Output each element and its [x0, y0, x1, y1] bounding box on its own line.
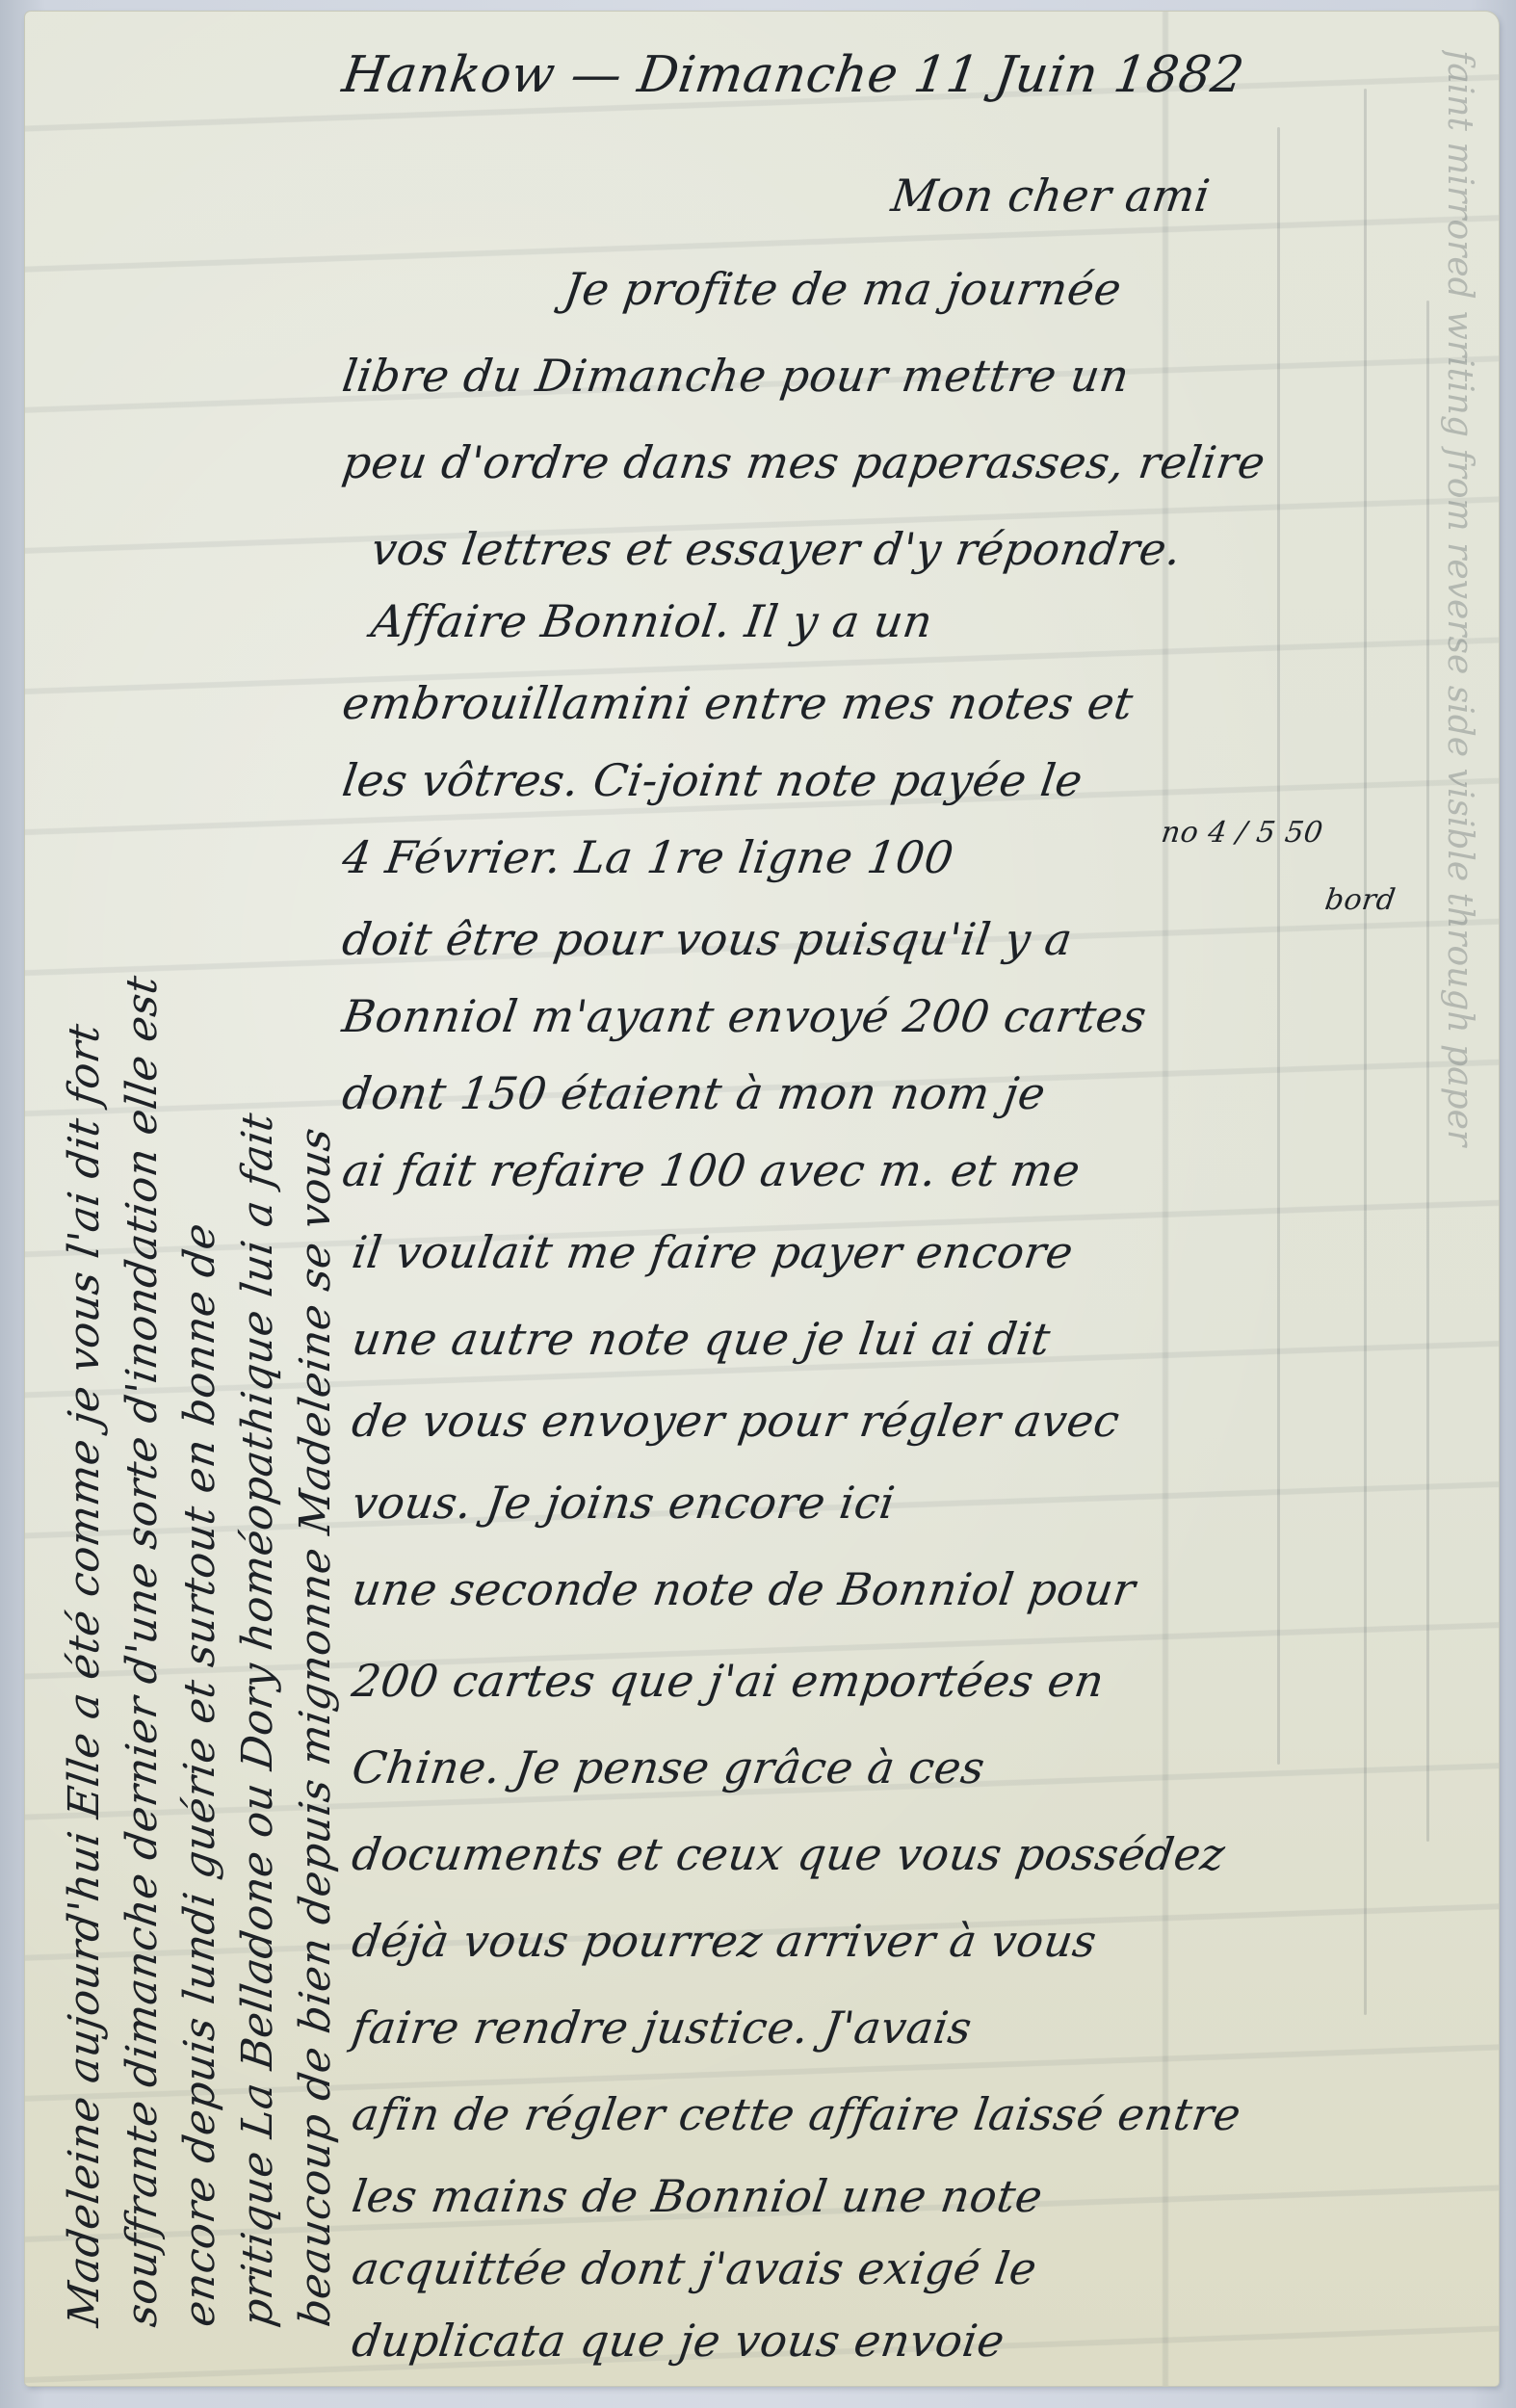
- letter-body: Hankow — Dimanche 11 Juin 1882 Mon cher …: [25, 12, 1499, 2386]
- letter-line: doit être pour vous puisqu'il y a: [340, 917, 1076, 961]
- letter-line: peu d'ordre dans mes paperasses, relire: [340, 440, 1268, 484]
- letter-line: documents et ceux que vous possédez: [350, 1832, 1228, 1876]
- letter-line: Affaire Bonniol. Il y a un: [369, 599, 935, 643]
- letter-line: dont 150 étaient à mon nom je: [340, 1071, 1049, 1115]
- letter-salutation: Mon cher ami: [889, 173, 1213, 218]
- letter-line: Chine. Je pense grâce à ces: [350, 1745, 988, 1790]
- letter-line: déjà vous pourrez arriver à vous: [350, 1919, 1100, 1963]
- margin-annotation: bord: [1323, 883, 1398, 917]
- letter-line: Je profite de ma journée: [562, 267, 1125, 311]
- letter-line: les vôtres. Ci-joint note payée le: [340, 758, 1085, 802]
- letter-line: une autre note que je lui ai dit: [350, 1317, 1054, 1361]
- letter-line: duplicata que je vous envoie: [350, 2318, 1007, 2363]
- letter-line: ai fait refaire 100 avec m. et me: [340, 1148, 1084, 1192]
- letter-line: 4 Février. La 1re ligne 100: [340, 835, 956, 879]
- letter-line: faire rendre justice. J'avais: [350, 2005, 975, 2050]
- letter-line: une seconde note de Bonniol pour: [350, 1567, 1138, 1611]
- letter-line: acquittée dont j'avais exigé le: [350, 2246, 1040, 2290]
- letter-line: afin de régler cette affaire laissé entr…: [350, 2092, 1244, 2136]
- letter-line: libre du Dimanche pour mettre un: [340, 353, 1133, 398]
- letter-line: les mains de Bonniol une note: [350, 2174, 1046, 2218]
- letter-sheet: faint mirrored writing from reverse side…: [25, 12, 1499, 2386]
- letter-line: Bonniol m'ayant envoyé 200 cartes: [340, 994, 1150, 1038]
- letter-line: de vous envoyer pour régler avec: [350, 1399, 1123, 1443]
- letter-line: vos lettres et essayer d'y répondre.: [369, 527, 1185, 571]
- amount-annotation: no 4 / 5 50: [1160, 816, 1325, 850]
- letter-line: vous. Je joins encore ici: [350, 1480, 898, 1525]
- letter-line: embrouillamini entre mes notes et: [340, 681, 1137, 725]
- letter-line: il voulait me faire payer encore: [350, 1230, 1076, 1274]
- letter-line: 200 cartes que j'ai emportées en: [350, 1659, 1108, 1703]
- letter-heading: Hankow — Dimanche 11 Juin 1882: [339, 50, 1247, 100]
